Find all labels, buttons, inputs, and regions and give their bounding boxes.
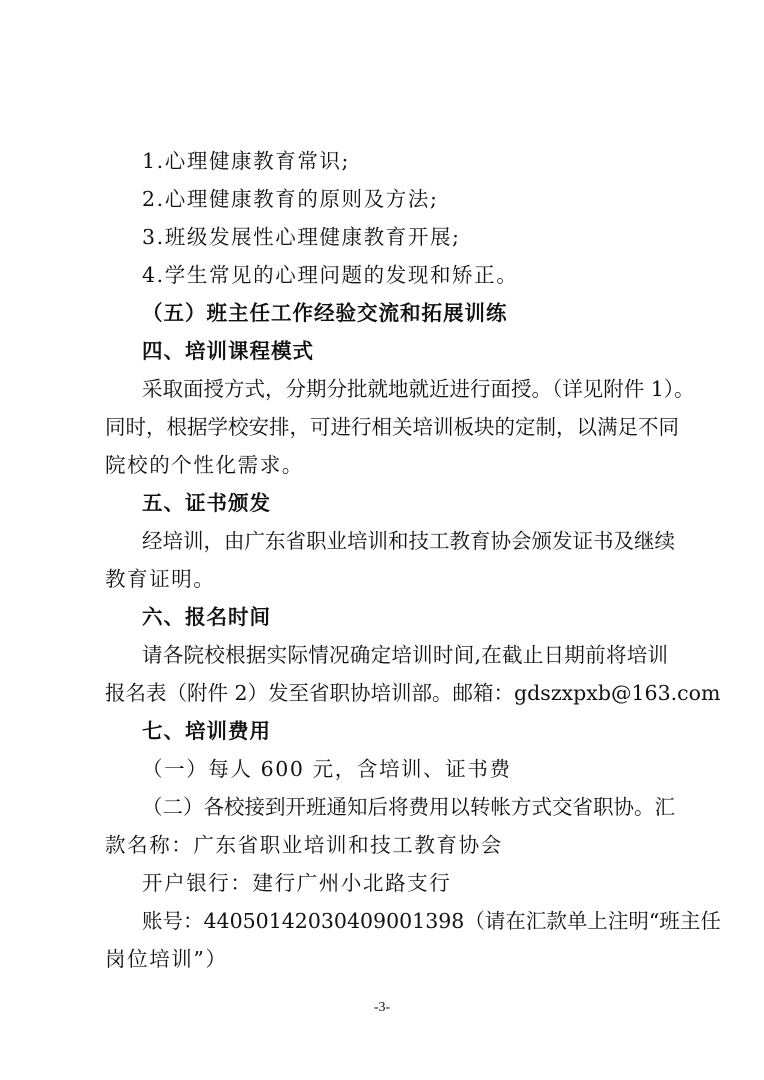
fee-item-2: （二）各校接到开班通知后将费用以转帐方式交省职协。汇 <box>142 794 668 820</box>
section-heading-6: 六、报名时间 <box>142 604 271 630</box>
list-item-4: 4.学生常见的心理问题的发现和矫正。 <box>142 262 518 288</box>
bank-name: 开户银行：建行广州小北路支行 <box>142 870 451 896</box>
payee-name: 款名称：广东省职业培训和技工教育协会 <box>105 832 503 858</box>
section-heading-5: 五、证书颁发 <box>142 490 271 516</box>
paragraph-line: 院校的个性化需求。 <box>105 452 304 478</box>
section-heading-4: 四、培训课程模式 <box>142 338 314 364</box>
paragraph-line: 教育证明。 <box>105 566 216 592</box>
section-heading-7: 七、培训费用 <box>142 718 271 744</box>
document-page: 1.心理健康教育常识; 2.心理健康教育的原则及方法; 3.班级发展性心理健康教… <box>0 0 764 1080</box>
paragraph-line: 经培训，由广东省职业培训和技工教育协会颁发证书及继续 <box>142 528 668 554</box>
list-item-3: 3.班级发展性心理健康教育开展; <box>142 224 461 250</box>
account-note: 岗位培训”） <box>105 946 228 972</box>
account-number: 账号：44050142030409001398（请在汇款单上注明“班主任 <box>142 908 668 934</box>
fee-item-1: （一）每人 600 元，含培训、证书费 <box>142 756 512 782</box>
list-item-2: 2.心理健康教育的原则及方法; <box>142 186 438 212</box>
paragraph-line: 请各院校根据实际情况确定培训时间,在截止日期前将培训 <box>142 642 668 668</box>
paragraph-line: 采取面授方式，分期分批就地就近进行面授。（详见附件 1）。 <box>142 376 668 402</box>
paragraph-line: 同时，根据学校安排，可进行相关培训板块的定制，以满足不同 <box>105 414 668 440</box>
list-item-1: 1.心理健康教育常识; <box>142 148 350 174</box>
page-number: -3- <box>0 1000 764 1016</box>
paragraph-line-email: 报名表（附件 2）发至省职协培训部。邮箱：gdszxpxb@163.com <box>105 680 668 706</box>
subsection-heading-5: （五）班主任工作经验交流和拓展训练 <box>142 300 508 326</box>
